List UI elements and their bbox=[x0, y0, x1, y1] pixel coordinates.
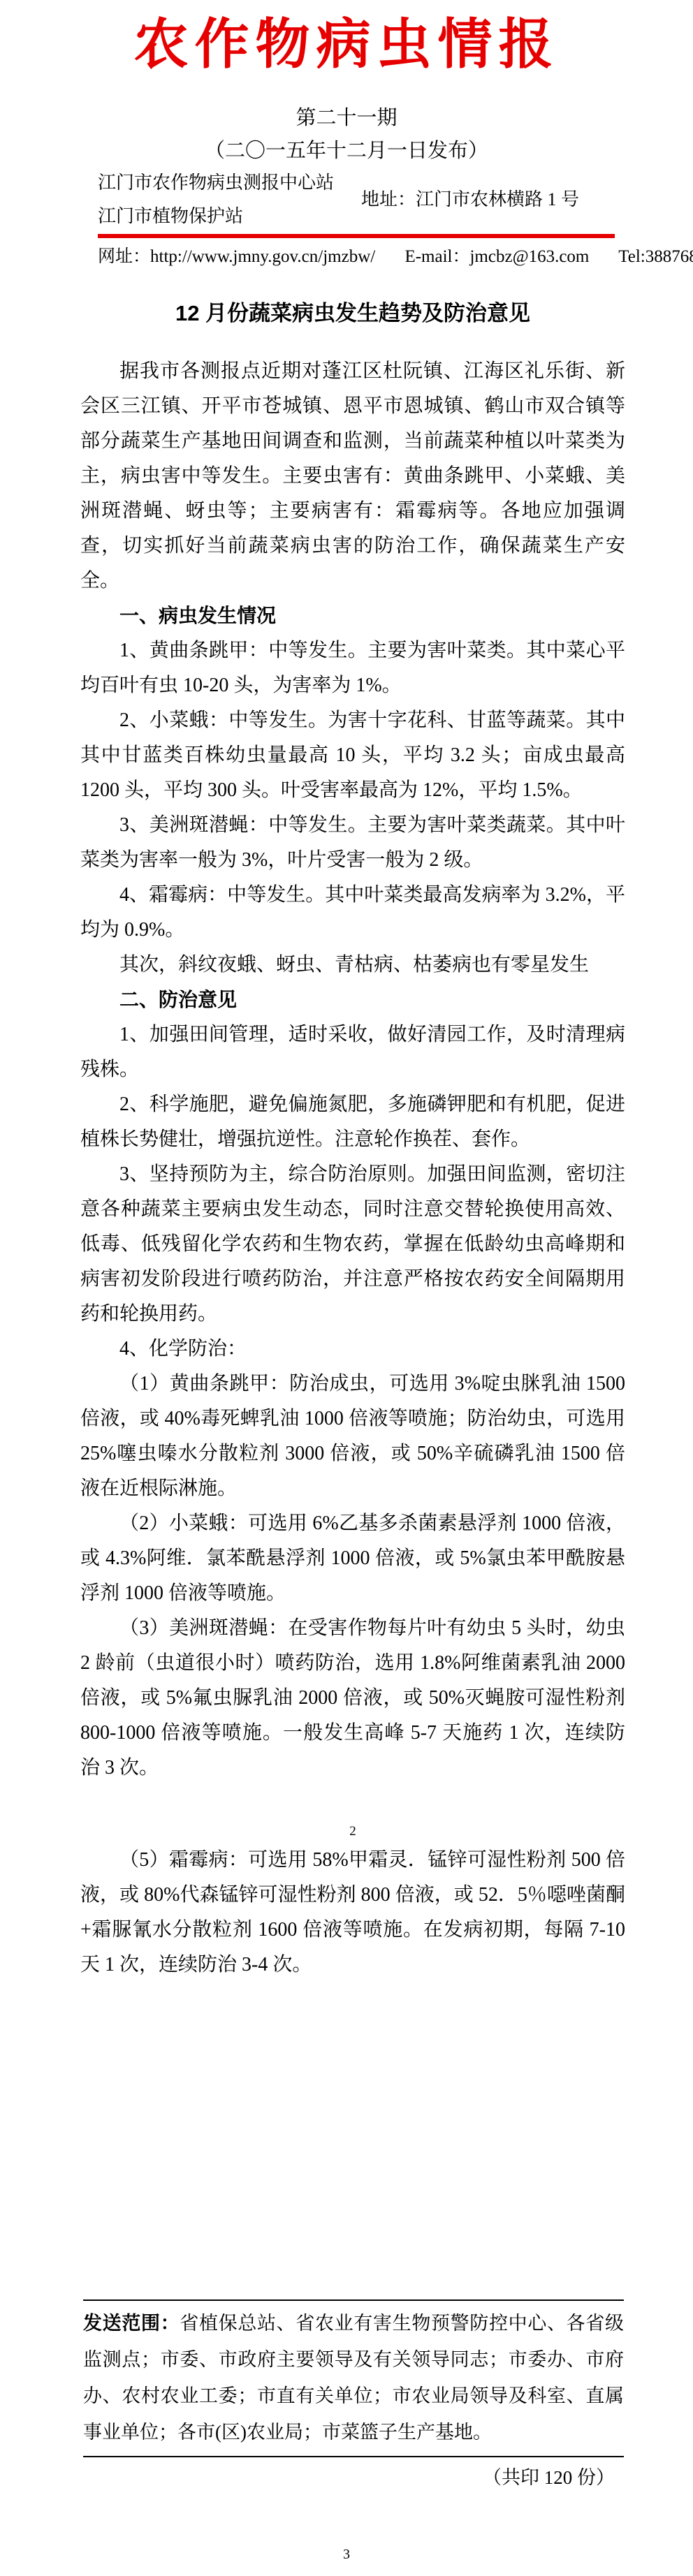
email-address: E-mail：jmcbz@163.com bbox=[404, 247, 589, 266]
paragraph-chemical-2: （2）小菜蛾：可选用 6%乙基多杀菌素悬浮剂 1000 倍液，或 4.3%阿维．… bbox=[80, 1506, 625, 1611]
footer-rule-bottom bbox=[83, 2456, 624, 2457]
paragraph-control-4: 4、化学防治： bbox=[80, 1332, 625, 1367]
section-heading-occurrence: 一、病虫发生情况 bbox=[80, 598, 625, 633]
article-body: 12 月份蔬菜病虫发生趋势及防治意见 据我市各测报点近期对蓬江区杜阮镇、江海区礼… bbox=[0, 300, 693, 1982]
newsletter-title: 农作物病虫情报 bbox=[0, 7, 693, 82]
red-divider bbox=[98, 234, 615, 238]
address-line: 地址：江门市农林横路 1 号 bbox=[361, 188, 579, 211]
organization-name-1: 江门市农作物病虫测报中心站 bbox=[98, 171, 334, 194]
contact-line: 网址：http://www.jmny.gov.cn/jmzbw/ E-mail：… bbox=[0, 246, 693, 267]
telephone: Tel:3887683 bbox=[618, 247, 693, 266]
paragraph-control-2: 2、科学施肥，避免偏施氮肥，多施磷钾肥和有机肥，促进植株长势健壮，增强抗逆性。注… bbox=[80, 1087, 625, 1157]
masthead: 农作物病虫情报 第二十一期 （二〇一五年十二月一日发布） 江门市农作物病虫测报中… bbox=[0, 0, 693, 267]
page-number-2: 2 bbox=[80, 1823, 625, 1840]
website-url: 网址：http://www.jmny.gov.cn/jmzbw/ bbox=[98, 247, 375, 266]
paragraph-flea-beetle: 1、黄曲条跳甲：中等发生。主要为害叶菜类。其中菜心平均百叶有虫 10-20 头，… bbox=[80, 633, 625, 703]
issue-number: 第二十一期 bbox=[0, 106, 693, 130]
paragraph-control-1: 1、加强田间管理，适时采收，做好清园工作，及时清理病残株。 bbox=[80, 1017, 625, 1087]
paragraph-downy-mildew: 4、霜霉病：中等发生。其中叶菜类最高发病率为 3.2%，平均为 0.9%。 bbox=[80, 878, 625, 948]
organization-name-2: 江门市植物保护站 bbox=[98, 205, 334, 228]
paragraph-intro: 据我市各测报点近期对蓬江区杜阮镇、江海区礼乐街、新会区三江镇、开平市苍城镇、恩平… bbox=[80, 354, 625, 598]
document-page: 农作物病虫情报 第二十一期 （二〇一五年十二月一日发布） 江门市农作物病虫测报中… bbox=[0, 0, 693, 2576]
document-footer: 发送范围：省植保总站、省农业有害生物预警防控中心、各省级监测点；市委、市政府主要… bbox=[0, 2299, 693, 2489]
distribution-scope: 发送范围：省植保总站、省农业有害生物预警防控中心、各省级监测点；市委、市政府主要… bbox=[0, 2301, 693, 2456]
article-title: 12 月份蔬菜病虫发生趋势及防治意见 bbox=[80, 300, 625, 327]
paragraph-chemical-1: （1）黄曲条跳甲：防治成虫，可选用 3%啶虫脒乳油 1500 倍液，或 40%毒… bbox=[80, 1367, 625, 1506]
paragraph-chemical-5: （5）霜霉病：可选用 58%甲霜灵．锰锌可湿性粉剂 500 倍液，或 80%代森… bbox=[80, 1843, 625, 1982]
distribution-label: 发送范围： bbox=[83, 2313, 180, 2334]
paragraph-chemical-3: （3）美洲斑潜蝇：在受害作物每片叶有幼虫 5 头时，幼虫 2 龄前（虫道很小时）… bbox=[80, 1611, 625, 1786]
publish-date: （二〇一五年十二月一日发布） bbox=[0, 139, 693, 163]
organization-names: 江门市农作物病虫测报中心站 江门市植物保护站 bbox=[98, 171, 334, 228]
section-heading-control: 二、防治意见 bbox=[80, 982, 625, 1017]
print-count: （共印 120 份） bbox=[0, 2466, 693, 2489]
article-paragraphs: 据我市各测报点近期对蓬江区杜阮镇、江海区礼乐街、新会区三江镇、开平市苍城镇、恩平… bbox=[80, 354, 625, 1982]
paragraph-leafminer: 3、美洲斑潜蝇：中等发生。主要为害叶菜类蔬菜。其中叶菜类为害率一般为 3%，叶片… bbox=[80, 808, 625, 878]
page-number-3: 3 bbox=[0, 2545, 693, 2563]
paragraph-control-3: 3、坚持预防为主，综合防治原则。加强田间监测，密切注意各种蔬菜主要病虫发生动态，… bbox=[80, 1157, 625, 1332]
paragraph-diamondback-moth: 2、小菜蛾：中等发生。为害十字花科、甘蓝等蔬菜。其中其中甘蓝类百株幼虫量最高 1… bbox=[80, 703, 625, 808]
organization-row: 江门市农作物病虫测报中心站 江门市植物保护站 地址：江门市农林横路 1 号 bbox=[0, 171, 693, 228]
paragraph-other-pests: 其次，斜纹夜蛾、蚜虫、青枯病、枯萎病也有零星发生 bbox=[80, 948, 625, 982]
